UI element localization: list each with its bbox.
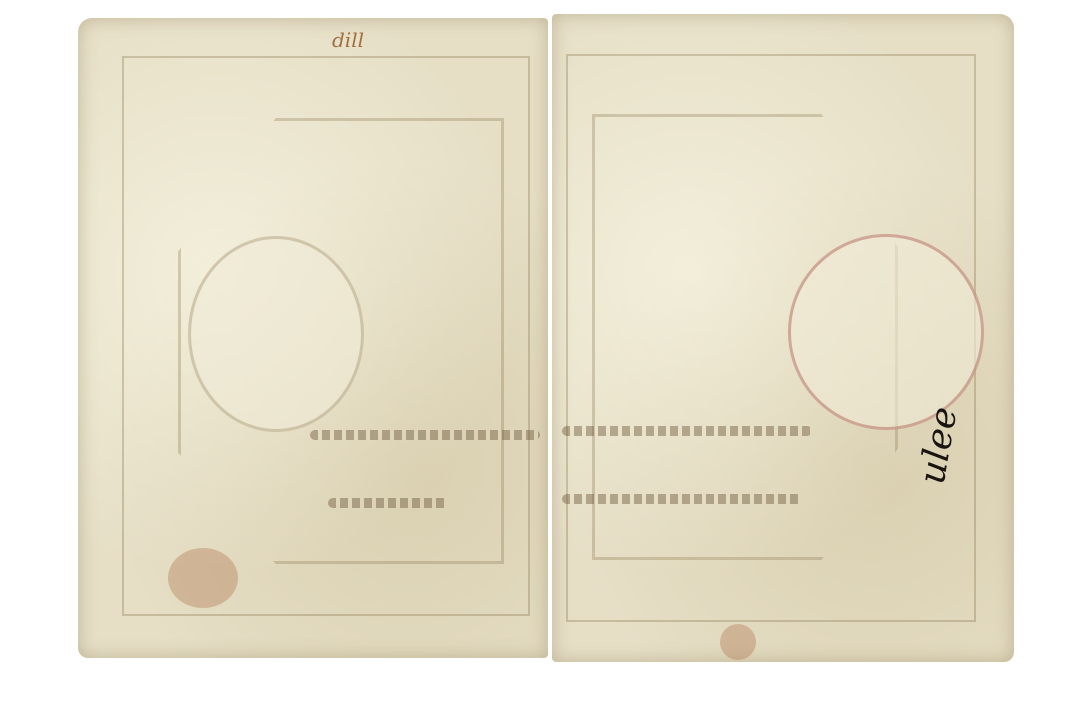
stain [168, 548, 238, 608]
faded-text-line [328, 498, 448, 508]
faded-text-line [310, 430, 540, 440]
handwritten-mark: dill [332, 28, 364, 52]
stain [720, 624, 756, 660]
right-half-sheet [552, 14, 1014, 662]
faded-text-line [562, 426, 812, 436]
seal-medallion [788, 234, 984, 430]
embossed-medallion [188, 236, 364, 432]
left-half-sheet [78, 18, 548, 658]
faded-text-line [562, 494, 802, 504]
